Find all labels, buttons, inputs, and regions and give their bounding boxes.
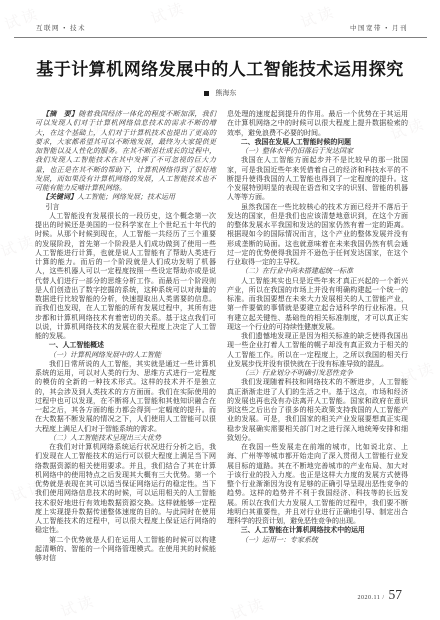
paragraph: 我们发现随着科技和网络技术的不断进步，人工智能真正渐渐走进了人们的生活之中。基于… (227, 378, 408, 443)
left-column: 【摘 要】随着我国经济一体化的程度不断加深，我们可以发现人们对于计算机网络信息技… (35, 110, 216, 563)
paragraph: 虽然我国在一些比较核心的技术方面已经并不落后于发达的国家，但是我们也应该清楚地意… (227, 203, 408, 268)
abstract-text: 随着我国经济一体化的程度不断加深，我们可以发现人们对于计算机网络信息技术的需求不… (35, 110, 216, 192)
paragraph: 息处理的速度起到提升的作用。最后一个优势在于其运用在计算机网络之中的时候可以很大… (227, 110, 408, 138)
running-head-section: 互联网 • 技术 (36, 23, 86, 32)
paragraph: 第二个优势就是人们在运用人工智能的时候可以构建起清晰的、智能的一个网络管理模式。… (35, 536, 216, 564)
watermark-stamp: 试读 (227, 592, 268, 620)
intro-heading: 引言 (35, 203, 216, 212)
keywords: 【关键词】人工智能；网络发展；技术运用 (35, 193, 216, 202)
section-heading: 三、人工智能在计算机网络技术中的运用 (227, 526, 408, 535)
keywords-text: 人工智能；网络发展；技术运用 (77, 193, 175, 201)
paragraph: 我国在人工智能方面起步并不是比较早的那一批国家，可是我国近些年来凭借着自己的经济… (227, 156, 408, 202)
paragraph: 我们日常所说的人工智能，其实就是通过一些计算机系统的运用，可以对人类的行为、思维… (35, 360, 216, 434)
watermark-stamp: 试读 (57, 589, 98, 620)
subsection-heading: （二）在行业中尚未搭建起统一标准 (227, 267, 408, 276)
header-rule (14, 37, 427, 38)
subsection-heading: （三）行业划分不明确引发恶性竞争 (227, 369, 408, 378)
subsection-heading: （二）人工智能技术呈现出三大优势 (35, 434, 216, 443)
article-title: 基于计算机网络发展中的人工智能技术运用探究 (0, 55, 440, 80)
keywords-label: 【关键词】 (42, 193, 77, 201)
section-heading: 二、我国在发展人工智能时候的问题 (227, 138, 408, 147)
subsection-heading: （一）计算机网络发展中的人工智能 (35, 351, 216, 360)
running-head-journal: 中国宽带 • 月刊 (350, 23, 408, 32)
watermark-stamp: 试读 (147, 0, 188, 29)
paragraph: 人工智能其实也只是近些年来才真正兴起的一个新兴产业，所以在我国的市场上并没有明确… (227, 277, 408, 333)
issue-label: 2020.11 / (358, 595, 385, 601)
abstract: 【摘 要】随着我国经济一体化的程度不断加深，我们可以发现人们对于计算机网络信息技… (35, 110, 216, 193)
author-marker-icon (204, 91, 209, 96)
paragraph: 人工智能没有发展很长的一段历史，这个概念第一次提出的时候还是美国的一位科学家在上… (35, 212, 216, 342)
journal-page: 试读 试读 试读 试读 试读 试读 试读 试读 试读 试读 试读 试读 试读 试… (0, 0, 440, 620)
page-footer: 2020.11 /57 (358, 586, 402, 604)
paragraph: 在我们对计算机网络系统运行状况进行分析之后，我们发现在人工智能技术的运行可以很大… (35, 443, 216, 536)
paragraph: 我们遗憾地发现正是因为相关标准的缺乏使得我国出现一些企业打着人工智能的幌子却没有… (227, 332, 408, 369)
subsection-heading: （一）运用一：专家系统 (227, 536, 408, 545)
section-heading: 一、人工智能概述 (35, 341, 216, 350)
right-column: 息处理的速度起到提升的作用。最后一个优势在于其运用在计算机网络之中的时候可以很大… (227, 110, 408, 545)
author-name: 熊海东 (215, 89, 236, 97)
page-number: 57 (389, 587, 403, 602)
subsection-heading: （一）整体水平仍旧落后于发达国家 (227, 147, 408, 156)
abstract-label: 【摘 要】 (42, 110, 78, 118)
paragraph: 在我国一些发展走在前端的城市，比如说北京、上海、广州等等城市都开始走向了深入贯彻… (227, 443, 408, 526)
watermark-stamp: 试读 (297, 0, 338, 32)
author-line: 熊海东 (0, 88, 440, 98)
watermark-stamp: 试读 (0, 229, 39, 261)
